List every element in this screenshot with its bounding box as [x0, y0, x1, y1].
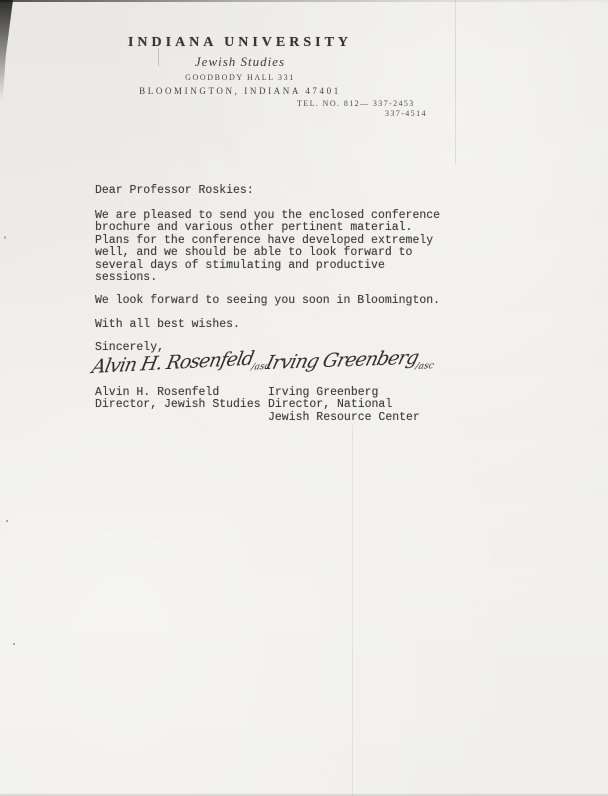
paragraph-line: brochure and various other pertinent mat…: [95, 222, 440, 234]
letterhead: INDIANA UNIVERSITY Jewish Studies GOODBO…: [0, 35, 480, 96]
signature-block-rosenfeld: Alvin H. Rosenfeld Director, Jewish Stud…: [95, 387, 261, 412]
scan-speck: [6, 520, 8, 522]
letter-paragraph-2: We look forward to seeing you soon in Bl…: [95, 295, 440, 307]
typed-title: Jewish Resource Center: [268, 412, 420, 424]
letterhead-university-name: INDIANA UNIVERSITY: [0, 35, 480, 51]
letterhead-city-address: BLOOMINGTON, INDIANA 47401: [0, 86, 480, 96]
paper-crease-line: [352, 425, 353, 796]
letterhead-department-name: Jewish Studies: [0, 54, 480, 70]
letter-salutation: Dear Professor Roskies:: [95, 185, 254, 197]
handwritten-signature-greenberg: Irving Greenberg/asc: [263, 346, 439, 377]
paragraph-line: sessions.: [95, 272, 440, 284]
scanned-letter-page: INDIANA UNIVERSITY Jewish Studies GOODBO…: [0, 0, 608, 796]
signature-block-greenberg: Irving Greenberg Director, National Jewi…: [268, 387, 420, 424]
paragraph-line: well, and we should be able to look forw…: [95, 247, 440, 259]
telephone-number-line1: TEL. NO. 812— 337-2453: [297, 99, 427, 109]
scan-speck: [4, 236, 6, 239]
scan-top-edge-artifact: [0, 0, 608, 2]
scan-speck: [13, 643, 15, 645]
letterhead-hall-address: GOODBODY HALL 331: [0, 73, 480, 82]
signature-script-text: Irving Greenberg: [264, 347, 421, 374]
typed-title: Director, Jewish Studies: [95, 399, 261, 411]
letter-paragraph-1: We are pleased to send you the enclosed …: [95, 210, 440, 284]
signature-initials: /asc: [414, 361, 435, 372]
letter-paragraph-3: With all best wishes.: [95, 319, 240, 331]
typed-title: Director, National: [268, 399, 420, 411]
letterhead-telephone-block: TEL. NO. 812— 337-2453 337-4514: [297, 99, 427, 119]
telephone-number-line2: 337-4514: [385, 109, 427, 119]
